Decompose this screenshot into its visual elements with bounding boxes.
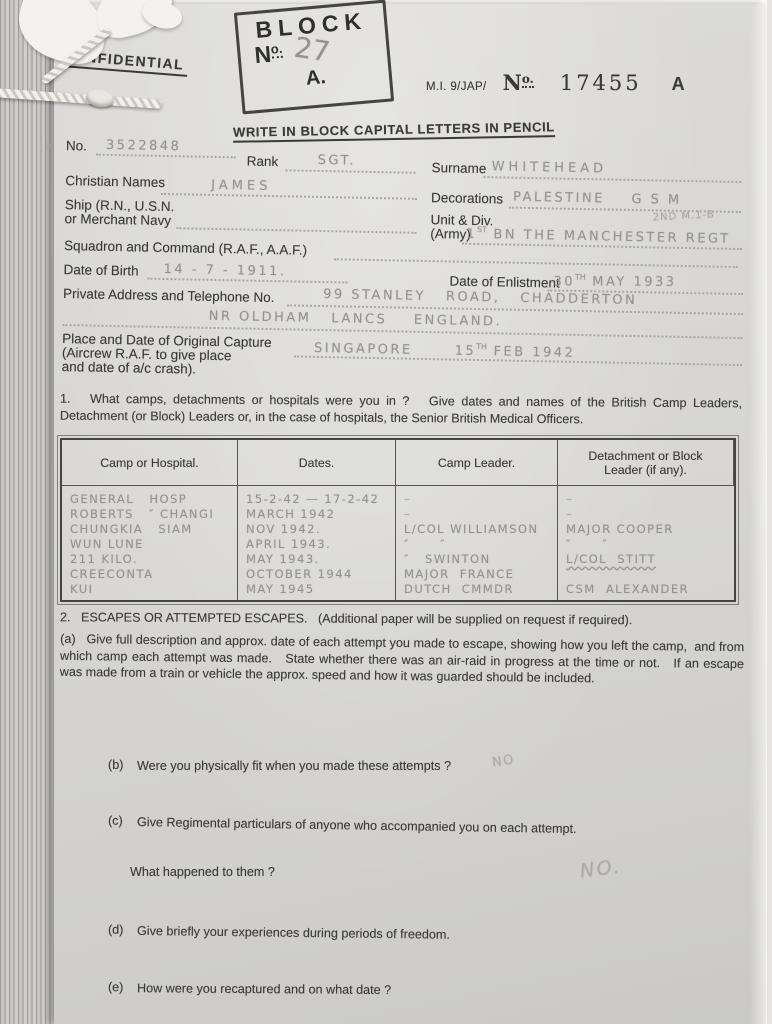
margin-mark: x [46,141,55,152]
table-cell: DUTCH CMMDR [404,582,553,597]
question-2-heading: 2. ESCAPES OR ATTEMPTED ESCAPES. (Additi… [60,609,746,629]
table-header-camp-leader: Camp Leader. [396,440,558,486]
squadron-label: Squadron and Command (R.A.F., A.A.F.) [64,238,307,258]
christian-names-value: JAMES [211,178,271,194]
table-cell: MAY 1945 [246,582,391,597]
table-cell: ″ ″ [404,537,553,552]
table-cell: 15-2-42 — 17-2-42 [246,492,391,507]
dotted-line [286,168,416,173]
christian-names-label: Christian Names [65,173,165,190]
question-2c: (c) Give Regimental particulars of anyon… [108,814,668,839]
table-cell: ″ SWINTON [404,552,553,567]
table-cell: – [566,507,730,522]
ship-label-line2: or Merchant Navy [64,211,171,228]
table-cell: NOV 1942. [246,522,391,537]
table-column-camp-leaders: – – L/COL WILLIAMSON ″ ″ ″ SWINTON MAJOR… [396,486,558,600]
question-2d-label: (d) [108,923,137,940]
table-header-camp: Camp or Hospital. [62,440,238,486]
question-2c-sub-answer: NO. [579,856,623,883]
dotted-line [147,277,347,284]
table-cell: – [566,492,730,507]
table-cell: ″ ″ [566,537,730,552]
table-cell: WUN LUNE [70,537,233,552]
table-column-dates: 15-2-42 — 17-2-42 MARCH 1942 NOV 1942. A… [238,486,396,600]
address-label: Private Address and Telephone No. [63,286,275,305]
question-1-text: 1. What camps, detachments or hospitals … [60,391,742,429]
table-cell: CHUNGKIA SIAM [70,522,233,537]
question-2a-text: (a) Give full description and approx. da… [60,631,745,689]
personal-details-fields: x No. 3522848 Rank SGT. Surname WHITEHEA… [49,3,772,418]
surname-label: Surname [431,160,486,176]
dotted-line [176,226,416,234]
question-2e: (e) How were you recaptured and on what … [108,980,668,1000]
table-cell: MAJOR COOPER [566,522,730,537]
photo-backdrop-edge [767,0,772,1024]
date-of-birth-label: Date of Birth [63,262,138,278]
unit-label-line2: (Army) [430,226,471,242]
dotted-line [334,257,738,268]
table-column-block-leaders: – – MAJOR COOPER ″ ″ L/COL STITT CSM ALE… [558,486,734,600]
question-2b: (b) Were you physically fit when you mad… [108,758,668,775]
table-cell: CSM ALEXANDER [566,582,730,597]
table-cell: MARCH 1942 [246,507,391,522]
questionnaire-page: CC CONFIDENTIAL BLOCK No. 27 A. M.I. 9/J… [54,4,766,1024]
table-cell: 211 KILO. [70,552,233,567]
dotted-line [96,153,236,159]
table-cell: MAJOR FRANCE [404,567,553,582]
table-cell: L/COL WILLIAMSON [404,522,553,537]
page-edge-highlight [750,4,766,1024]
table-cell: APRIL 1943. [246,537,391,552]
question-2e-label: (e) [108,980,137,997]
table-cell: L/COL STITT [566,552,730,567]
dotted-line [161,192,417,200]
capture-label-line3: and date of a/c crash). [62,359,197,377]
decorations-label: Decorations [431,190,503,206]
table-cell: MAY 1943. [246,552,391,567]
unit-corner-note: 2ND M.1-B [652,209,714,223]
table-cell [566,567,730,582]
photographed-document: CC CONFIDENTIAL BLOCK No. 27 A. M.I. 9/J… [0,0,772,1024]
table-header-block-leader: Detachment or Block Leader (if any). [558,440,734,486]
table-cell: OCTOBER 1944 [246,567,391,582]
service-no-value: 3522848 [106,138,182,154]
question-2b-text: Were you physically fit when you made th… [137,758,451,775]
table-cell: CREECONTA [70,567,233,582]
question-2b-label: (b) [108,758,137,775]
enlistment-value: 30TH MAY 1933 [553,273,676,290]
bound-page-stack-edge [0,0,62,1024]
service-no-label: No. [66,138,87,153]
rank-label: Rank [247,154,279,170]
question-2d-text: Give briefly your experiences during per… [137,923,450,943]
table-cell: GENERAL HOSP [70,492,233,507]
question-2d: (d) Give briefly your experiences during… [108,923,668,946]
table-cell: KUI [70,582,233,597]
table-cell: ROBERTS ″ CHANGI [70,507,233,522]
question-2c-label: (c) [108,814,137,831]
camps-table: Camp or Hospital. Dates. Camp Leader. De… [60,438,736,602]
question-2e-text: How were you recaptured and on what date… [137,980,391,998]
enlistment-label: Date of Enlistment [449,273,560,290]
dotted-line [483,175,741,183]
surname-value: WHITEHEAD [491,159,607,176]
table-header-dates: Dates. [238,440,396,486]
table-cell: – [404,492,553,507]
question-2c-sub-text: What happened to them ? [130,864,275,881]
table-column-camps: GENERAL HOSP ROBERTS ″ CHANGI CHUNGKIA S… [62,486,238,600]
rank-value: SGT. [318,153,357,169]
question-2c-text: Give Regimental particulars of anyone wh… [137,814,577,837]
table-cell: – [404,507,553,522]
